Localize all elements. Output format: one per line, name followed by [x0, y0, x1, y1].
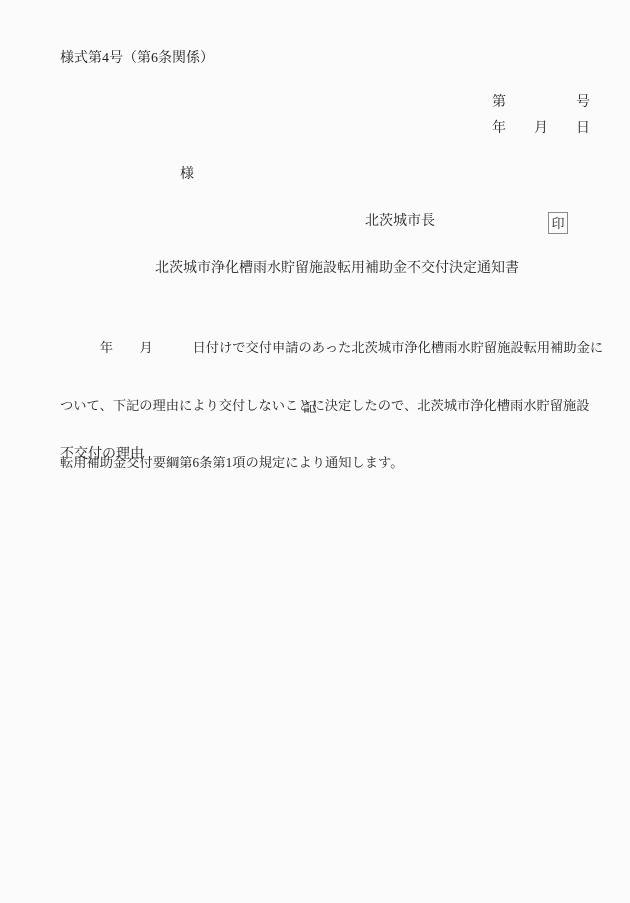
document-title: 北茨城市浄化槽雨水貯留施設転用補助金不交付決定通知書: [155, 261, 519, 277]
non-grant-reason-label: 不交付の理由: [60, 447, 144, 463]
body-line: 年 月 日付けで交付申請のあった北茨城市浄化槽雨水貯留施設転用補助金に: [60, 334, 592, 361]
body-paragraph: 年 月 日付けで交付申請のあった北茨城市浄化槽雨水貯留施設転用補助金に ついて、…: [60, 304, 592, 507]
body-line: ついて、下記の理由により交付しないことに決定したので、北茨城市浄化槽雨水貯留施設: [60, 392, 592, 419]
sender-title: 北茨城市長: [365, 214, 435, 230]
seal-box: 印: [548, 212, 568, 234]
date-line: 年 月 日: [492, 121, 590, 137]
document-page: 様式第4号（第6条関係） 第 号 年 月 日 様 北茨城市長 印 北茨城市浄化槽…: [0, 0, 630, 903]
document-number-line: 第 号: [492, 95, 590, 111]
form-number: 様式第4号（第6条関係）: [60, 51, 214, 67]
addressee-honorific: 様: [180, 167, 194, 183]
seal-label: 印: [551, 217, 564, 230]
record-marker: 記: [303, 401, 317, 417]
